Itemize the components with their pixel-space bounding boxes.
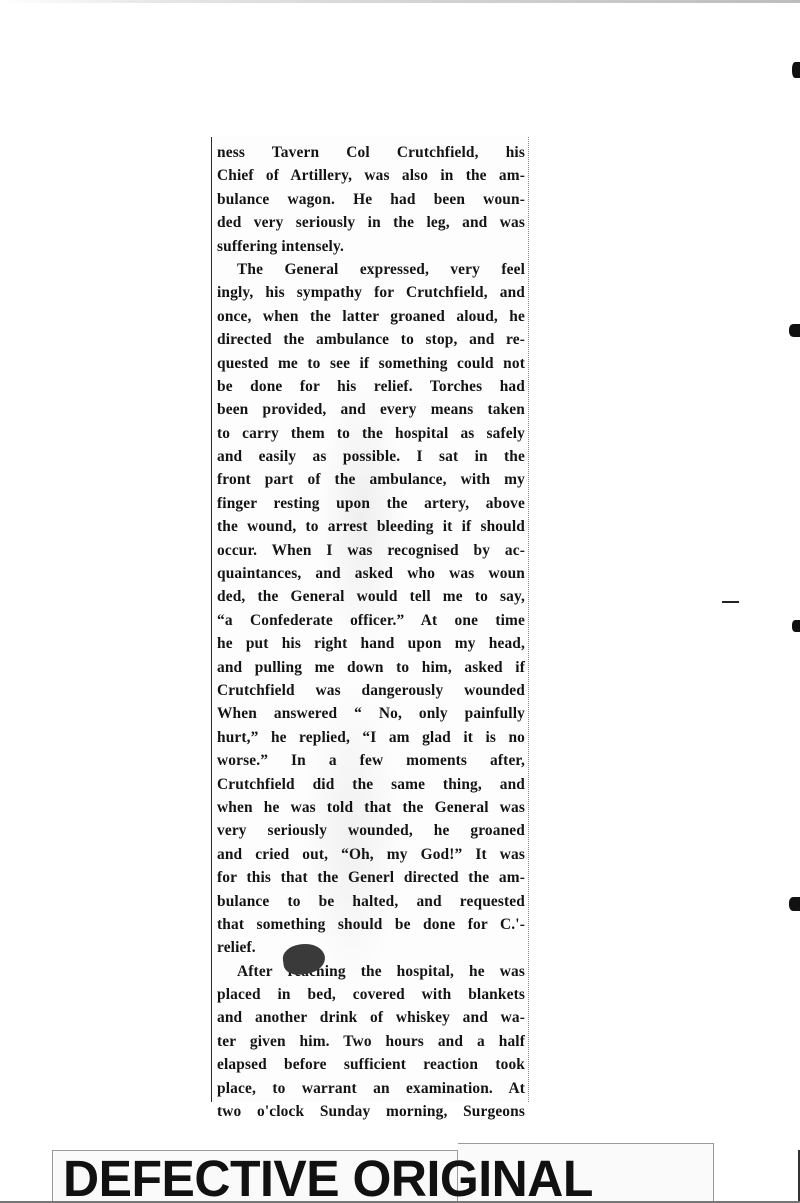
article-line: once, when the latter groaned aloud, he xyxy=(217,305,525,328)
article-line: ded very seriously in the leg, and was xyxy=(217,211,525,234)
article-line: directed the ambulance to stop, and re- xyxy=(217,328,525,351)
margin-dash-mark xyxy=(722,601,739,603)
article-line: suffering intensely. xyxy=(217,235,525,258)
article-line: elapsed before sufficient reaction took xyxy=(217,1053,525,1076)
article-line: and another drink of whiskey and wa- xyxy=(217,1006,525,1029)
article-column: ness Tavern Col Crutchfield, hisChief of… xyxy=(217,141,525,1123)
article-line: quaintances, and asked who was woun xyxy=(217,562,525,585)
article-line: he put his right hand upon my head, xyxy=(217,632,525,655)
article-line: hurt,” he replied, “I am glad it is no xyxy=(217,726,525,749)
article-line: to carry them to the hospital as safely xyxy=(217,422,525,445)
punch-hole-mark xyxy=(789,324,800,337)
defective-original-label: DEFECTIVE ORIGINAL xyxy=(63,1153,593,1203)
article-line: relief. xyxy=(217,936,525,959)
newspaper-clipping: ness Tavern Col Crutchfield, hisChief of… xyxy=(211,137,529,1102)
defective-original-stamp: DEFECTIVE ORIGINAL xyxy=(52,1150,458,1203)
article-line: finger resting upon the artery, above xyxy=(217,492,525,515)
article-line: be done for his relief. Torches had xyxy=(217,375,525,398)
article-line: place, to warrant an examination. At xyxy=(217,1077,525,1100)
scan-top-edge xyxy=(0,0,800,3)
article-line: and easily as possible. I sat in the xyxy=(217,445,525,468)
article-line: When answered “ No, only painfully xyxy=(217,702,525,725)
article-line: bulance wagon. He had been woun- xyxy=(217,188,525,211)
article-line: placed in bed, covered with blankets xyxy=(217,983,525,1006)
article-line: ter given him. Two hours and a half xyxy=(217,1030,525,1053)
article-line: Chief of Artillery, was also in the am- xyxy=(217,164,525,187)
article-line: ingly, his sympathy for Crutchfield, and xyxy=(217,281,525,304)
punch-hole-mark xyxy=(792,620,800,632)
article-line: ness Tavern Col Crutchfield, his xyxy=(217,141,525,164)
article-line: and pulling me down to him, asked if xyxy=(217,656,525,679)
punch-hole-mark xyxy=(792,62,800,78)
article-line: that something should be done for C.'- xyxy=(217,913,525,936)
article-line: worse.” In a few moments after, xyxy=(217,749,525,772)
article-line: and cried out, “Oh, my God!” It was xyxy=(217,843,525,866)
article-line: bulance to be halted, and requested xyxy=(217,890,525,913)
article-line: been provided, and every means taken xyxy=(217,398,525,421)
article-line: “a Confederate officer.” At one time xyxy=(217,609,525,632)
punch-hole-mark xyxy=(789,897,800,911)
article-line: front part of the ambulance, with my xyxy=(217,468,525,491)
article-line: Crutchfield was dangerously wounded xyxy=(217,679,525,702)
article-line: The General expressed, very feel xyxy=(217,258,525,281)
article-line: very seriously wounded, he groaned xyxy=(217,819,525,842)
article-line: the wound, to arrest bleeding it if shou… xyxy=(217,515,525,538)
article-line: ded, the General would tell me to say, xyxy=(217,585,525,608)
article-line: two o'clock Sunday morning, Surgeons xyxy=(217,1100,525,1123)
article-line: quested me to see if something could not xyxy=(217,352,525,375)
article-line: for this that the Generl directed the am… xyxy=(217,866,525,889)
article-line: occur. When I was recognised by ac- xyxy=(217,539,525,562)
article-line: when he was told that the General was xyxy=(217,796,525,819)
article-line: After reaching the hospital, he was xyxy=(217,960,525,983)
article-line: Crutchfield did the same thing, and xyxy=(217,773,525,796)
